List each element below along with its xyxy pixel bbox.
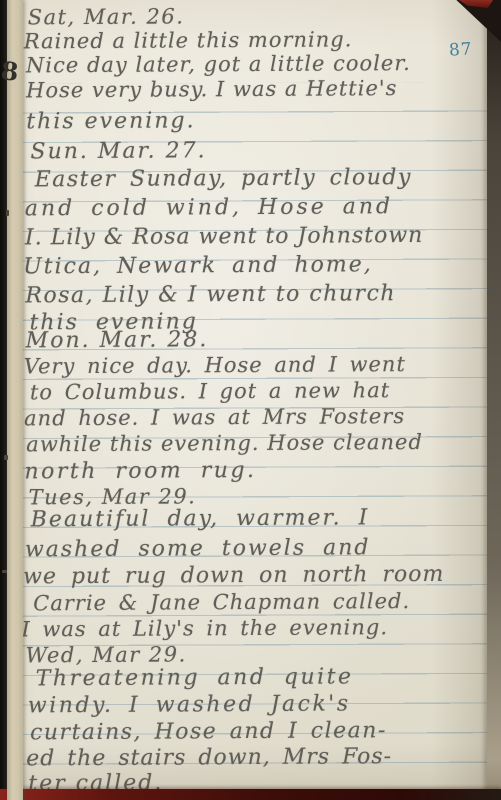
margin-ink-mark: 8 <box>0 56 20 87</box>
paper-speck <box>6 210 9 216</box>
diary-line: windy. I washed Jack's <box>28 693 351 717</box>
page-edge-right <box>487 0 501 800</box>
book-binding-edge <box>0 0 7 800</box>
entry-date-line: Wed, Mar 29. <box>25 644 186 666</box>
entry-date-line: Mon. Mar. 28. <box>26 329 209 352</box>
diary-line: Utica, Newark and home, <box>23 254 373 278</box>
diary-line: Carrie & Jane Chapman called. <box>33 591 410 614</box>
diary-line: Beautiful day, warmer. I <box>31 507 370 531</box>
diary-line: Easter Sunday, partly cloudy <box>35 167 412 191</box>
diary-line: I was at Lily's in the evening. <box>21 617 388 640</box>
diary-line: Hose very busy. I was a Hettie's <box>26 78 397 101</box>
diary-line: awhile this evening. Hose cleaned <box>26 432 423 455</box>
diary-line: to Columbus. I got a new hat <box>30 380 390 403</box>
handwriting-layer: Sat, Mar. 26. Rained a little this morni… <box>0 0 501 800</box>
entry-date-line: Tues, Mar 29. <box>29 486 197 508</box>
diary-line: I. Lily & Rosa went to Johnstown <box>25 225 423 249</box>
diary-line: curtains, Hose and I clean- <box>30 720 387 744</box>
diary-line: and cold wind, Hose and <box>25 196 393 220</box>
diary-line: north room rug. <box>24 460 256 483</box>
diary-line: washed some towels and <box>25 537 371 561</box>
paper-speck <box>2 570 7 573</box>
diary-line: and hose. I was at Mrs Fosters <box>24 406 405 429</box>
book-cover-bottom <box>0 789 501 800</box>
diary-line: ed the stairs down, Mrs Fos- <box>26 746 392 770</box>
entry-date-line: Sat, Mar. 26. <box>28 6 185 28</box>
diary-line: Threatening and quite <box>36 666 354 690</box>
paper-speck <box>4 455 8 460</box>
page-number: 87 <box>448 39 473 61</box>
diary-line: Very nice day. Hose and I went <box>24 354 406 377</box>
diary-line: this evening. <box>26 110 195 133</box>
diary-line: Nice day later, got a little cooler. <box>26 53 411 76</box>
under-page-edge-left <box>7 0 23 800</box>
diary-line: Rosa, Lily & I went to church <box>25 283 396 307</box>
diary-line: Rained a little this morning. <box>24 29 353 52</box>
diary-line: we put rug down on north room <box>23 564 444 589</box>
entry-date-line: Sun. Mar. 27. <box>30 140 206 163</box>
diary-page-photo: Sat, Mar. 26. Rained a little this morni… <box>0 0 501 800</box>
